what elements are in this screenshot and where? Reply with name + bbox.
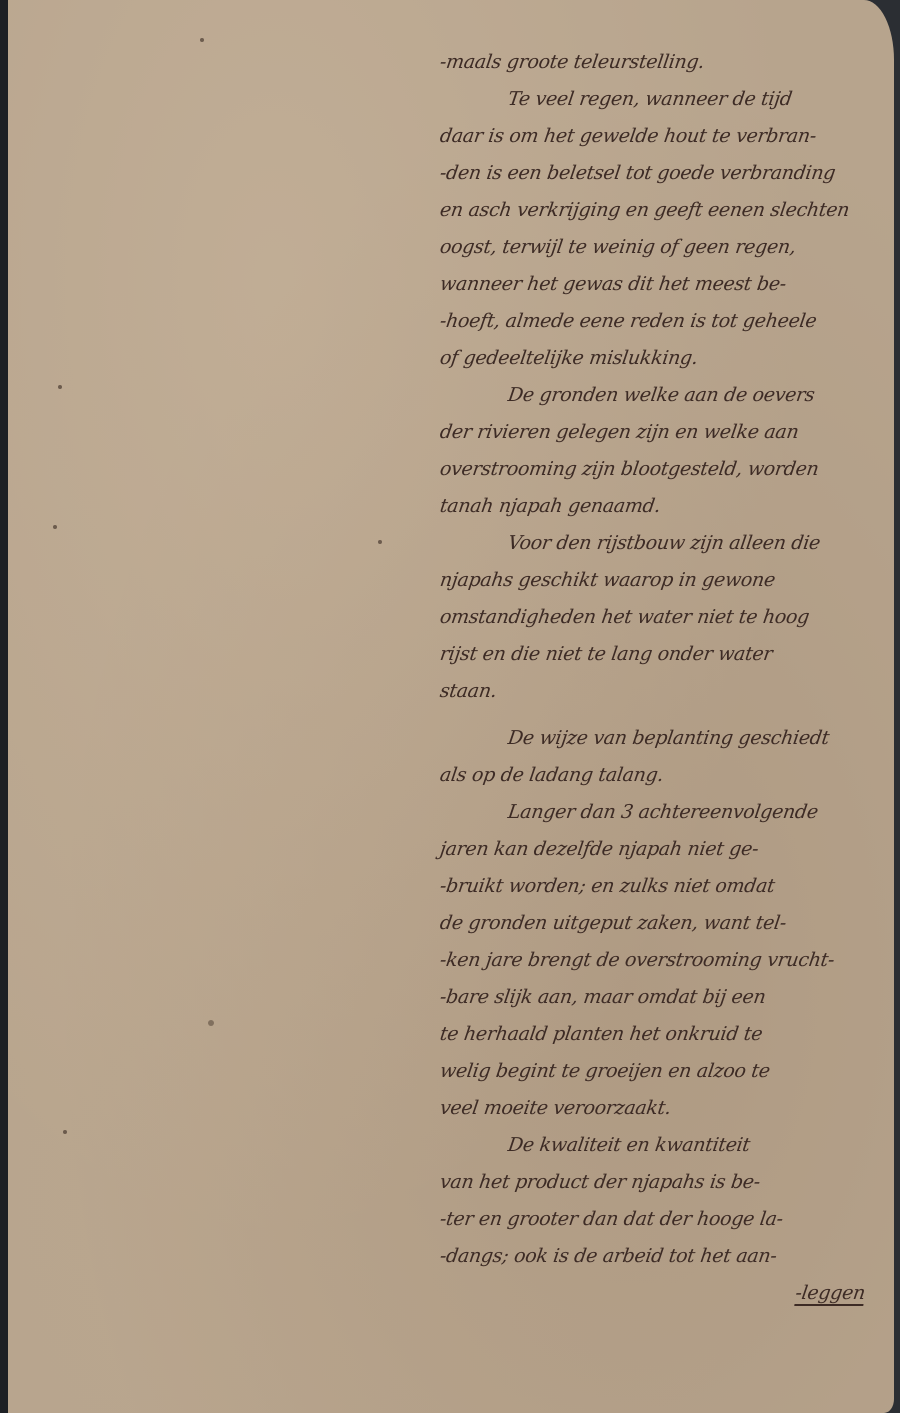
text-line: wanneer het gewas dit het meest be- <box>437 266 897 303</box>
catchword: -leggen <box>437 1275 897 1312</box>
handwritten-text: -maals groote teleurstelling. Te veel re… <box>440 44 895 1312</box>
text-line: Te veel regen, wanneer de tijd <box>437 81 897 118</box>
text-line: Langer dan 3 achtereenvolgende <box>437 794 897 831</box>
paper-speck <box>208 1020 214 1026</box>
text-line: -dangs; ook is de arbeid tot het aan- <box>437 1238 897 1275</box>
text-line: welig begint te groeijen en alzoo te <box>437 1053 897 1090</box>
text-line: omstandigheden het water niet te hoog <box>437 599 897 636</box>
text-line: De kwaliteit en kwantiteit <box>437 1127 897 1164</box>
text-line: rijst en die niet te lang onder water <box>437 636 897 673</box>
paper-speck <box>200 38 204 42</box>
paper-speck <box>63 1130 67 1134</box>
text-line: tanah njapah genaamd. <box>437 488 897 525</box>
text-line: overstrooming zijn blootgesteld, worden <box>437 451 897 488</box>
text-line: daar is om het gewelde hout te verbran- <box>437 118 897 155</box>
text-line: van het product der njapahs is be- <box>437 1164 897 1201</box>
text-line: te herhaald planten het onkruid te <box>437 1016 897 1053</box>
text-line: staan. <box>437 673 897 710</box>
text-line: De wijze van beplanting geschiedt <box>437 720 897 757</box>
text-line: njapahs geschikt waarop in gewone <box>437 562 897 599</box>
text-line: veel moeite veroorzaakt. <box>437 1090 897 1127</box>
text-line: oogst, terwijl te weinig of geen regen, <box>437 229 897 266</box>
text-line: als op de ladang talang. <box>437 757 897 794</box>
text-line: -maals groote teleurstelling. <box>437 44 897 81</box>
text-line: der rivieren gelegen zijn en welke aan <box>437 414 897 451</box>
scan-edge <box>0 0 8 1413</box>
text-line: -hoeft, almede eene reden is tot geheele <box>437 303 897 340</box>
text-line: -ken jare brengt de overstrooming vrucht… <box>437 942 897 979</box>
text-line: -ter en grooter dan dat der hooge la- <box>437 1201 897 1238</box>
text-line: Voor den rijstbouw zijn alleen die <box>437 525 897 562</box>
text-line: de gronden uitgeput zaken, want tel- <box>437 905 897 942</box>
text-line: -bruikt worden; en zulks niet omdat <box>437 868 897 905</box>
text-line: jaren kan dezelfde njapah niet ge- <box>437 831 897 868</box>
text-line: -den is een beletsel tot goede verbrandi… <box>437 155 897 192</box>
paper-speck <box>58 385 62 389</box>
text-line: -bare slijk aan, maar omdat bij een <box>437 979 897 1016</box>
text-line: en asch verkrijging en geeft eenen slech… <box>437 192 897 229</box>
paper-speck <box>53 525 57 529</box>
catchword-text: -leggen <box>794 1282 867 1306</box>
text-line: De gronden welke aan de oevers <box>437 377 897 414</box>
text-line: of gedeeltelijke mislukking. <box>437 340 897 377</box>
paper-speck <box>378 540 382 544</box>
